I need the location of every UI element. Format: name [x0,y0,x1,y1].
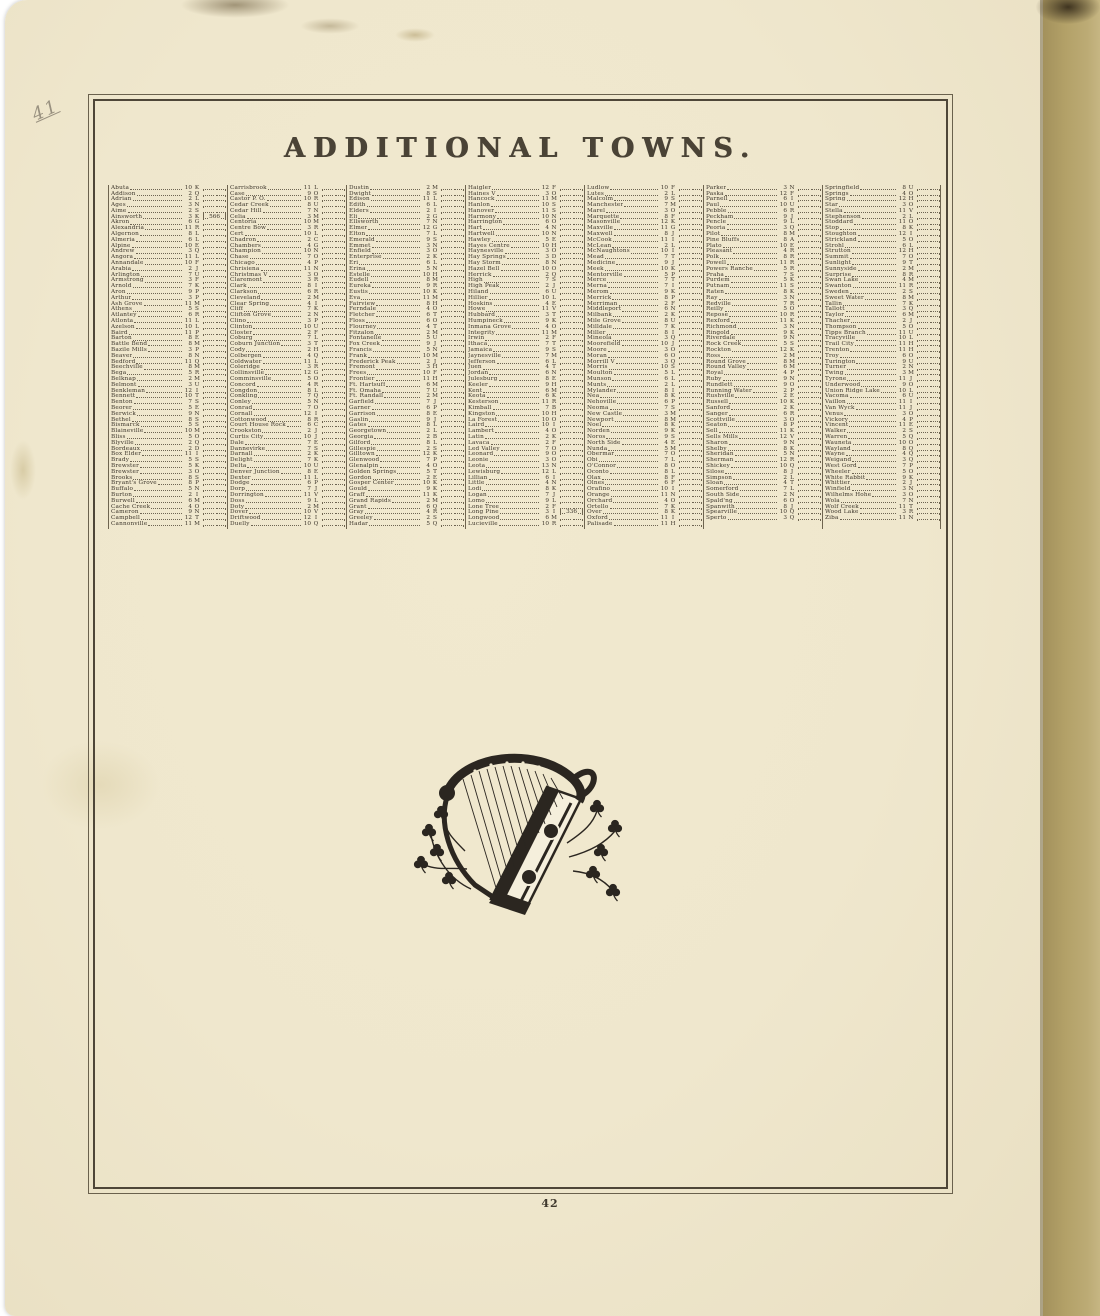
extra-ref-cell [917,270,940,272]
extra-ref-cell [798,241,821,243]
extra-ref-cell [679,305,702,307]
extra-ref-cell [203,444,226,446]
leader-dots [725,276,777,277]
extra-ref-cell [917,334,940,336]
leader-dots [267,229,301,230]
shamrock-icon [586,866,599,883]
leader-dots [488,496,539,497]
extra-ref-cell [798,270,821,272]
towns-index-column: Ludlow10FLutes2LMalcolm9SManchester7MMar… [584,185,702,529]
leader-dots [622,322,658,323]
leader-dots [728,519,777,520]
extra-ref-cell [560,415,583,417]
page-title: ADDITIONAL TOWNS. [95,133,946,164]
leader-dots [144,432,182,433]
extra-ref-cell [917,508,940,510]
leader-dots [500,287,539,288]
extra-ref-cell [203,380,226,382]
extra-ref-cell [679,374,702,376]
leader-dots [397,363,420,364]
extra-ref-cell [798,206,821,208]
extra-ref-cell [560,189,583,191]
extra-ref-cell [798,369,821,371]
leader-dots [624,276,658,277]
leader-dots [727,189,777,190]
leader-dots [858,241,896,242]
extra-ref-cell [798,444,821,446]
extra-ref-cell [917,502,940,504]
extra-ref-cell [203,229,226,231]
extra-ref-cell [203,293,226,295]
extra-ref-cell [679,484,702,486]
extra-ref-cell [798,513,821,515]
extra-ref-cell [917,461,940,463]
leader-dots [148,351,182,352]
extra-ref-cell [917,206,940,208]
extra-ref-cell [917,421,940,423]
leader-dots [252,403,301,404]
extra-ref-cell [679,363,702,365]
extra-ref-cell [798,467,821,469]
extra-ref-cell: 566 [203,214,226,220]
leader-dots [497,195,539,196]
extra-ref-cell [798,282,821,284]
shamrock-icon [414,856,427,873]
leader-dots [872,496,896,497]
extra-ref-cell [917,200,940,202]
leader-dots [730,287,777,288]
leader-dots [497,218,539,219]
extra-ref-cell [203,363,226,365]
leader-dots [852,253,896,254]
extra-ref-cell [560,432,583,434]
extra-ref-cell [322,241,345,243]
town-entry: Ziba11N [825,515,940,521]
extra-ref-cell [798,235,821,237]
leader-dots [146,392,182,393]
leader-dots [129,334,182,335]
leader-dots [371,276,420,277]
leader-dots [505,253,539,254]
extra-ref-cell [560,502,583,504]
extra-ref-cell [917,357,940,359]
extra-ref-cell [560,403,583,405]
extra-ref-cell [679,212,702,214]
leader-dots [854,224,896,225]
extra-ref-cell [322,282,345,284]
leader-dots [738,513,777,514]
leader-dots [613,502,658,503]
leader-dots [482,490,539,491]
leader-dots [379,224,420,225]
extra-ref-cell [679,386,702,388]
leader-dots [608,450,658,451]
leader-dots [262,519,301,520]
extra-ref-cell [560,258,583,260]
extra-ref-cell [560,195,583,197]
leader-dots [753,392,777,393]
leader-dots [734,218,777,219]
extra-ref-cell [798,392,821,394]
extra-ref-cell [679,235,702,237]
leader-dots [142,455,182,456]
extra-ref-cell [441,322,464,324]
extra-ref-cell [322,502,345,504]
leader-dots [725,311,777,312]
leader-dots [140,235,182,236]
extra-ref-cell [322,479,345,481]
harp-soundbox [489,787,581,915]
extra-ref-cell [203,195,226,197]
leader-dots [281,473,301,474]
leader-dots [386,386,420,387]
extra-ref-cell [679,392,702,394]
leader-dots [496,235,539,236]
leader-dots [486,484,539,485]
extra-ref-cell [917,229,940,231]
town-name: Palisade [587,521,613,527]
leader-dots [148,525,182,526]
extra-ref-cell [203,340,226,342]
extra-ref-cell [322,258,345,260]
leader-dots [377,450,420,451]
extra-ref-cell [322,276,345,278]
leader-dots [614,235,658,236]
leader-dots [251,484,301,485]
extra-ref-cell [917,444,940,446]
extra-ref-cell [203,258,226,260]
extra-ref-cell [203,386,226,388]
extra-ref-cell [322,432,345,434]
leader-dots [368,490,420,491]
leader-dots [624,206,658,207]
leader-dots [269,276,301,277]
leader-dots [261,369,301,370]
extra-ref-cell [679,316,702,318]
leader-dots [144,305,182,306]
leader-dots [127,438,182,439]
leader-dots [359,264,420,265]
extra-ref-cell [679,328,702,330]
extra-ref-cell [679,467,702,469]
extra-ref-cell [917,415,940,417]
leader-dots [141,450,182,451]
extra-ref-cell [560,380,583,382]
leader-dots [839,206,896,207]
extra-ref-cell [441,293,464,295]
town-entry: Cannonville11M [111,521,226,527]
leader-dots [397,473,420,474]
leader-dots [622,311,658,312]
extra-ref-cell [679,351,702,353]
extra-ref-cell [441,357,464,359]
leader-dots [858,235,896,236]
extra-ref-cell [798,461,821,463]
extra-ref-cell [322,415,345,417]
leader-dots [270,305,301,306]
leader-dots [608,287,658,288]
leader-dots [848,438,896,439]
leader-dots [622,345,658,346]
leader-dots [133,409,182,410]
leader-dots [602,479,658,480]
extra-ref-cell [203,276,226,278]
extra-ref-cell [917,369,940,371]
extra-ref-cell [917,496,940,498]
leader-dots [846,455,896,456]
leader-dots [728,450,777,451]
leader-dots [619,305,659,306]
leader-dots [258,293,301,294]
leader-dots [370,189,420,190]
leader-dots [370,282,420,283]
leader-dots [729,403,777,404]
extra-ref-cell [917,189,940,191]
extra-ref-cell [441,508,464,510]
leader-dots [840,519,896,520]
extra-ref-cell [798,363,821,365]
extra-ref-cell [322,206,345,208]
town-entry: Sperto3Q [706,515,821,521]
leader-dots [392,502,420,503]
leader-dots [502,264,539,265]
leader-dots [384,397,420,398]
extra-ref-cell [203,299,226,301]
extra-ref-cell [441,276,464,278]
extra-ref-cell [322,345,345,347]
extra-ref-cell [679,397,702,399]
extra-ref-cell [917,386,940,388]
extra-ref-cell [679,357,702,359]
extra-ref-cell [560,351,583,353]
extra-ref-cell [798,195,821,197]
extra-ref-cell [679,513,702,515]
extra-ref-cell [798,218,821,220]
leader-dots [496,200,539,201]
leader-dots [728,426,777,427]
towns-index-column: Springfield8USprings4OSpring12HStar3OSte… [822,185,940,529]
extra-ref-cell [679,508,702,510]
extra-ref-cell [560,357,583,359]
leader-dots [616,264,658,265]
leader-dots [631,253,658,254]
leader-dots [263,357,301,358]
extra-ref-cell [679,496,702,498]
leader-dots [735,455,777,456]
extra-ref-cell [441,189,464,191]
extra-ref-cell [322,380,345,382]
leader-dots [132,247,182,248]
leader-dots [262,432,301,433]
leader-dots [491,206,539,207]
leader-dots [127,293,182,294]
extra-ref-cell [917,392,940,394]
towns-index-column: Dustin2MDwight8SEdison11LEdith6LElders2I… [346,185,464,529]
extra-ref-cell [441,328,464,330]
extra-ref-cell [560,218,583,220]
extra-ref-cell [917,345,940,347]
extra-ref-cell [917,195,940,197]
leader-dots [270,206,301,207]
extra-ref-cell [203,282,226,284]
extra-ref-cell [679,247,702,249]
leader-dots [140,513,182,514]
leader-dots [724,374,777,375]
leader-dots [134,490,182,491]
map-grid-number: 11 [659,521,668,527]
extra-ref-cell [560,426,583,428]
leader-dots [729,444,777,445]
leader-dots [263,212,301,213]
extra-ref-cell [560,421,583,423]
leader-dots [499,380,539,381]
extra-ref-cell [441,241,464,243]
leader-dots [855,345,896,346]
leader-dots [158,484,182,485]
extra-ref-cell [560,224,583,226]
leader-dots [281,345,301,346]
leader-dots [144,369,182,370]
leader-dots [494,305,539,306]
extra-ref-cell [917,299,940,301]
extra-ref-cell [441,409,464,411]
extra-ref-cell [322,397,345,399]
leader-dots [372,195,420,196]
extra-ref-cell [679,409,702,411]
extra-ref-cell [203,519,226,521]
leader-dots [368,508,420,509]
map-grid-number: 11 [897,515,906,521]
leader-dots [735,397,777,398]
extra-ref-cell [917,253,940,255]
extra-ref-cell [322,328,345,330]
extra-ref-cell [441,270,464,272]
leader-dots [262,247,301,248]
leader-dots [367,374,420,375]
extra-ref-cell [798,479,821,481]
extra-ref-cell [798,200,821,202]
leader-dots [847,369,896,370]
leader-dots [865,299,896,300]
extra-ref-cell [441,490,464,492]
leader-dots [851,322,896,323]
page-border-frame: ADDITIONAL TOWNS. Abuta10KAddison2QAdria… [88,94,953,1194]
extra-ref-cell [679,403,702,405]
leader-dots [735,461,778,462]
irish-harp-with-shamrocks-illustration [401,739,641,929]
leader-dots [858,467,896,468]
leader-dots [843,305,896,306]
extra-ref-cell [322,229,345,231]
extra-ref-cell [798,212,821,214]
leader-dots [603,513,658,514]
leader-dots [605,484,658,485]
extra-ref-cell [798,293,821,295]
extra-ref-cell [917,340,940,342]
leader-dots [732,351,777,352]
harp-illustration-svg [401,739,641,929]
leader-dots [850,258,896,259]
leader-dots [141,276,182,277]
extra-ref-number: 336 [566,509,577,515]
extra-ref-cell [560,496,583,498]
extra-ref-cell [679,438,702,440]
leader-dots [145,282,182,283]
extra-ref-cell [203,508,226,510]
extra-ref-cell [560,455,583,457]
extra-ref-cell [203,525,226,527]
extra-ref-cell [560,247,583,249]
extra-ref-cell [798,484,821,486]
leader-dots [866,479,896,480]
leader-dots [609,519,658,520]
page-border-frame-inner: ADDITIONAL TOWNS. Abuta10KAddison2QAdria… [93,99,948,1189]
extra-ref-cell [679,224,702,226]
page-number: 42 [0,1197,1100,1210]
extra-ref-cell [679,282,702,284]
extra-ref-cell [798,311,821,313]
leader-dots [844,415,896,416]
extra-ref-cell [917,473,940,475]
leader-dots [612,299,658,300]
extra-ref-cell [798,438,821,440]
extra-ref-cell [798,502,821,504]
leader-dots [382,340,420,341]
extra-ref-cell [441,415,464,417]
map-grid-letter: R [549,521,559,527]
extra-ref-cell [560,293,583,295]
extra-ref-cell [322,513,345,515]
extra-ref-cell [798,351,821,353]
leader-dots [376,305,420,306]
leader-dots [739,438,777,439]
extra-ref-cell [679,415,702,417]
extra-ref-cell [679,519,702,521]
extra-ref-cell [917,484,940,486]
leader-dots [725,293,777,294]
leader-dots [372,287,420,288]
leader-dots [500,519,539,520]
extra-ref-cell [203,450,226,452]
leader-dots [258,397,301,398]
extra-ref-cell [560,334,583,336]
extra-ref-cell [560,369,583,371]
leader-dots [728,212,777,213]
leader-dots [373,351,420,352]
town-name: Lucieville [468,521,498,527]
extra-ref-cell [679,455,702,457]
extra-ref-cell [560,479,583,481]
leader-dots [250,258,301,259]
extra-ref-cell [322,287,345,289]
extra-ref-cell [917,351,940,353]
extra-ref-cell [798,519,821,521]
extra-ref-cell [322,426,345,428]
leader-dots [140,473,182,474]
extra-ref-cell [679,461,702,463]
map-grid-number: 10 [302,521,311,527]
leader-dots [720,206,777,207]
extra-ref-cell [441,195,464,197]
leader-dots [383,258,420,259]
leader-dots [733,253,777,254]
extra-ref-cell [441,397,464,399]
shamrock-icon [442,872,455,889]
leader-dots [145,264,182,265]
extra-ref-cell [441,380,464,382]
extra-ref-cell [679,189,702,191]
map-grid-number: 3 [778,515,787,521]
